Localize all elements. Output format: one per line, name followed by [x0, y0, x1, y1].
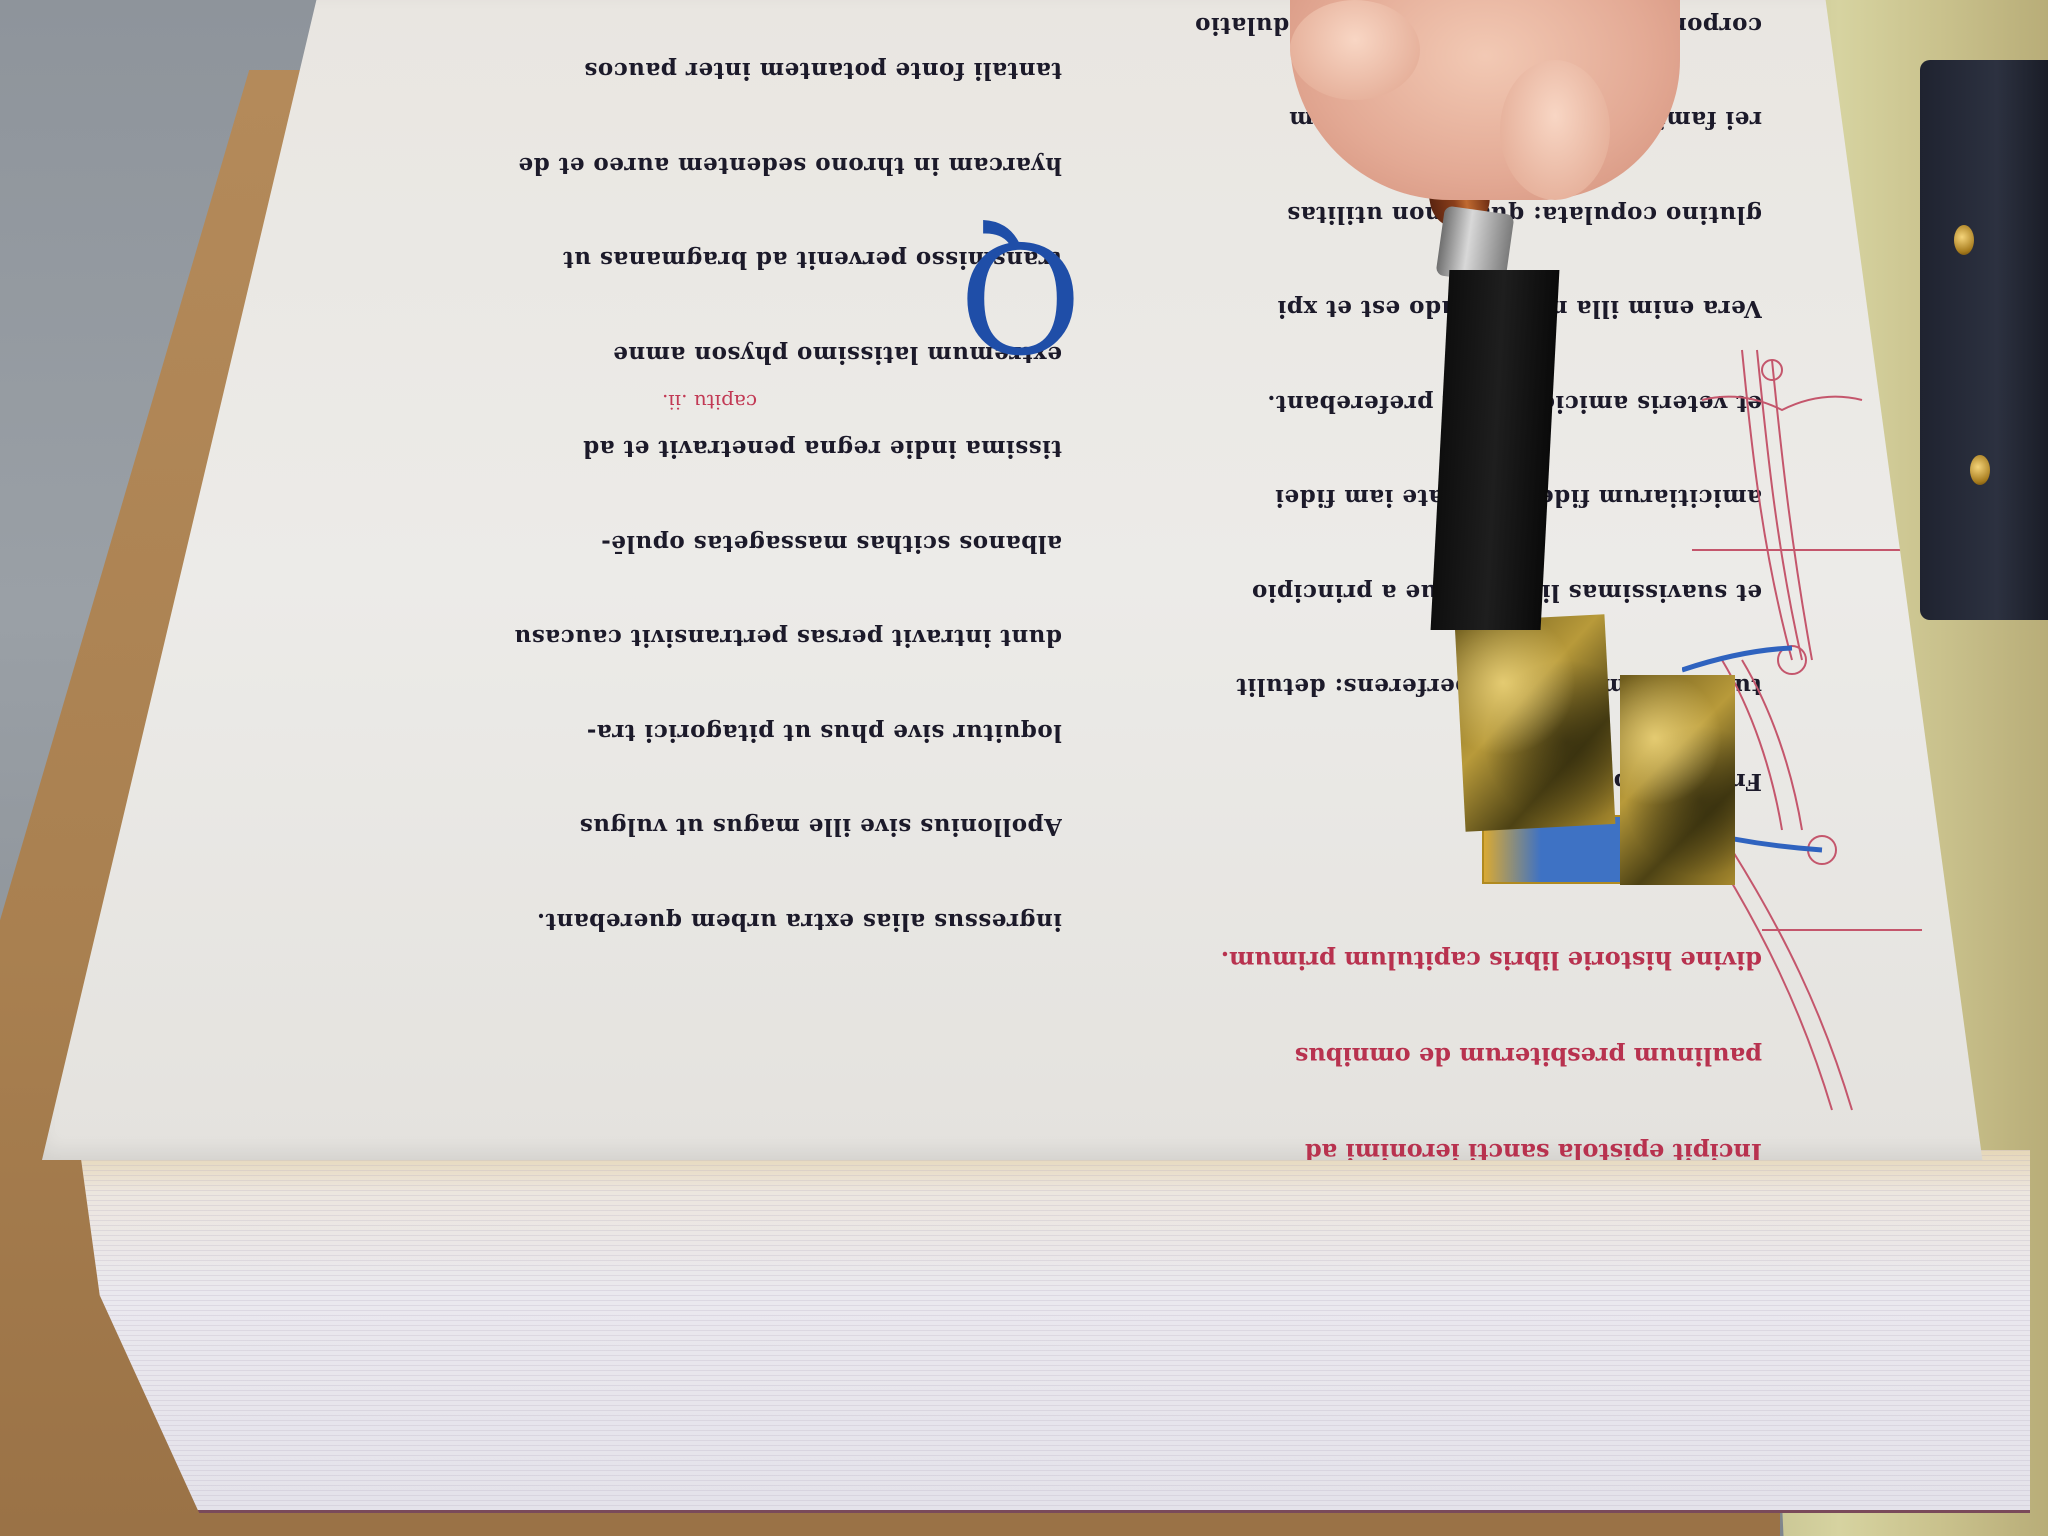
text-line: hyarcam in throno sedentem aureo et de	[492, 150, 1062, 182]
text-line: loquitur sive phus ut pitagorici tra-	[492, 717, 1062, 749]
clasp-strap	[1920, 60, 2048, 620]
index-finger	[1500, 60, 1610, 200]
text-line: Apollonius sive ille magus ut vulgus	[492, 811, 1062, 843]
rivet-icon	[1954, 225, 1974, 255]
gold-leaf-sheet	[1455, 614, 1616, 832]
photo-scene: ingressus alias extra urbem querebant. A…	[0, 0, 2048, 1536]
thumb	[1290, 0, 1420, 100]
printed-page: ingressus alias extra urbem querebant. A…	[42, 0, 2002, 1160]
text-line: dunt intravit persas pertransivit caucas…	[492, 622, 1062, 654]
gold-leaf-sheet	[1620, 675, 1735, 885]
text-column-left: ingressus alias extra urbem querebant. A…	[492, 0, 1062, 1000]
rubric-line: divine historie libris capitulum primum.	[1182, 944, 1762, 976]
text-line: ingressus alias extra urbem querebant.	[492, 906, 1062, 938]
text-line: tantali fonte potantem inter paucos	[492, 55, 1062, 87]
palette-knife-blade	[1431, 270, 1560, 630]
rubric-line: paulinum presbiterum de omnibus	[1182, 1040, 1762, 1072]
blue-initial-letter: Q	[982, 200, 1082, 370]
text-line: albanos scithas massagetas opulē-	[492, 528, 1062, 560]
text-line: tissima indie regna penetravit et ad	[492, 433, 1062, 465]
marginal-chapter-note: capitu .ii.	[662, 390, 757, 414]
page-block-edge	[40, 1150, 2030, 1513]
rivet-icon	[1970, 455, 1990, 485]
